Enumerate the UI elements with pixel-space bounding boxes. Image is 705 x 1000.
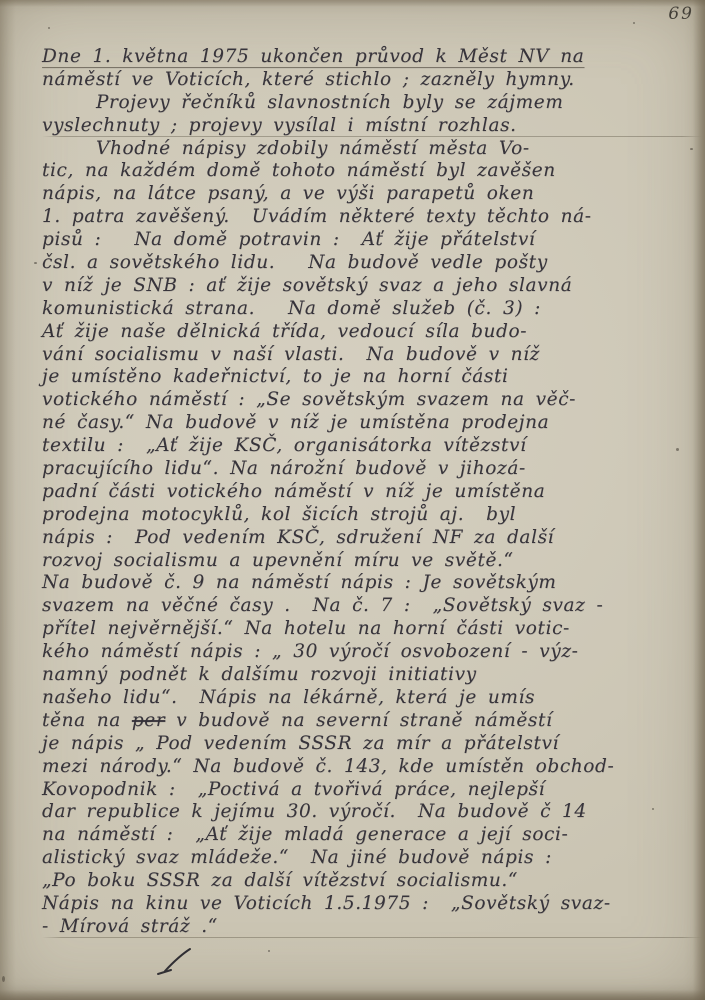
handwritten-line: 1. patra zavěšený. Uvádím některé texty … <box>42 206 702 229</box>
handwritten-line: je umístěno kadeřnictví, to je na horní … <box>42 366 702 389</box>
handwritten-line: kého náměstí nápis : „ 30 výročí osvoboz… <box>42 641 702 664</box>
handwritten-line: rozvoj socialismu a upevnění míru ve svě… <box>42 550 702 573</box>
handwritten-line: Projevy řečníků slavnostních byly se záj… <box>42 92 702 115</box>
handwritten-line: votického náměstí : „Se sovětským svazem… <box>42 389 702 412</box>
ink-arrow-mark-icon <box>153 946 197 980</box>
handwritten-line: - Mírová stráž .“ <box>42 916 702 939</box>
handwritten-line: namný podnět k dalšímu rozvoji initiativ… <box>42 664 702 687</box>
ink-speck <box>34 262 37 264</box>
handwritten-line: vyslechnuty ; projevy vysílal i místní r… <box>42 115 702 138</box>
handwritten-line: přítel nejvěrnější.“ Na hotelu na horní … <box>42 618 702 641</box>
ink-speck <box>48 27 50 29</box>
handwritten-line: na náměstí : „Ať žije mladá generace a j… <box>42 824 702 847</box>
handwritten-line: nápis, na látce psaný, a ve výši parapet… <box>42 183 702 206</box>
handwritten-line: Ať žije naše dělnická třída, vedoucí síl… <box>42 321 702 344</box>
handwritten-text-block: Dne 1. května 1975 ukončen průvod k Měst… <box>42 46 702 939</box>
handwritten-line: našeho lidu“. Nápis na lékárně, která je… <box>42 687 702 710</box>
handwritten-line: „Po boku SSSR za další vítězství sociali… <box>42 870 702 893</box>
handwritten-line: textilu : „Ať žije KSČ, organisátorka ví… <box>42 435 702 458</box>
ink-speck <box>2 976 5 982</box>
handwritten-line: Kovopodnik : „Poctivá a tvořivá práce, n… <box>42 779 702 802</box>
handwritten-line: Nápis na kinu ve Voticích 1.5.1975 : „So… <box>42 893 702 916</box>
ink-speck <box>633 22 635 24</box>
handwritten-line: vání socialismu v naší vlasti. Na budově… <box>42 344 702 367</box>
handwritten-line: je nápis „ Pod vedením SSSR za mír a přá… <box>42 733 702 756</box>
handwritten-line: alistický svaz mládeže.“ Na jiné budově … <box>42 847 702 870</box>
ink-speck <box>268 950 270 952</box>
handwritten-line: dar republice k jejímu 30. výročí. Na bu… <box>42 801 702 824</box>
handwritten-line: svazem na věčné časy . Na č. 7 : „Sověts… <box>42 595 702 618</box>
line-segment: těna na <box>42 710 132 731</box>
handwritten-line: nápis : Pod vedením KSČ, sdružení NF za … <box>42 527 702 550</box>
handwritten-line: tic, na každém domě tohoto náměstí byl z… <box>42 160 702 183</box>
handwritten-line-with-correction: těna na per v budově na severní straně n… <box>42 710 702 733</box>
handwritten-line: prodejna motocyklů, kol šicích strojů aj… <box>42 504 702 527</box>
handwritten-line: pracujícího lidu“. Na nárožní budově v j… <box>42 458 702 481</box>
handwritten-line: náměstí ve Voticích, které stichlo ; zaz… <box>42 69 702 92</box>
handwritten-line: čsl. a sovětského lidu. Na budově vedle … <box>42 252 702 275</box>
handwritten-line: padní části votického náměstí v níž je u… <box>42 481 702 504</box>
handwritten-line: komunistická strana. Na domě služeb (č. … <box>42 298 702 321</box>
handwritten-line: Na budově č. 9 na náměstí nápis : Je sov… <box>42 572 702 595</box>
line-segment: v budově na severní straně náměstí <box>165 710 552 731</box>
scanned-chronicle-page: 69 Dne 1. května 1975 ukončen průvod k M… <box>0 0 705 1000</box>
handwritten-line: Dne 1. května 1975 ukončen průvod k Měst… <box>42 46 702 69</box>
page-number: 69 <box>668 4 694 24</box>
handwritten-line: pisů : Na domě potravin : Ať žije přátel… <box>42 229 702 252</box>
handwritten-line: mezi národy.“ Na budově č. 143, kde umís… <box>42 756 702 779</box>
handwritten-line: né časy.“ Na budově v níž je umístěna pr… <box>42 412 702 435</box>
handwritten-line: Vhodné nápisy zdobily náměstí města Vo- <box>42 138 702 161</box>
handwritten-line: v níž je SNB : ať žije sovětský svaz a j… <box>42 275 702 298</box>
crossed-out-word: per <box>132 710 165 731</box>
